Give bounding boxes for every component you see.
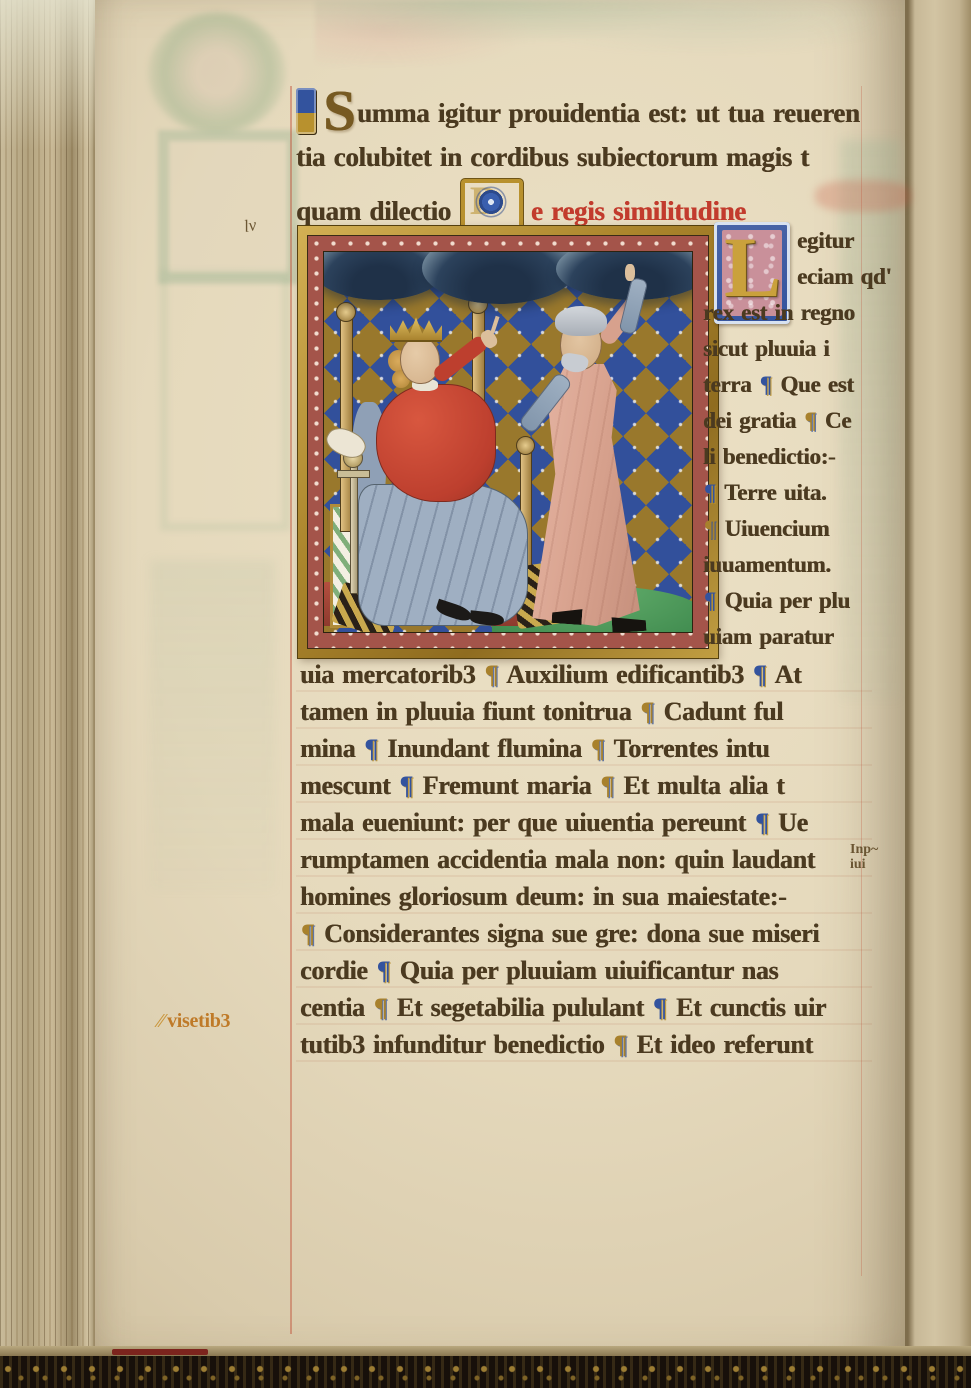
paraph-mark: ¶ — [376, 956, 392, 985]
paraph-mark: ¶ — [652, 993, 668, 1022]
margin-note-right: Inp~ iui — [850, 842, 896, 872]
column-line: sicut pluuia i — [703, 331, 899, 367]
paraph-mark: ¶ — [363, 734, 379, 763]
miniature-gold-frame — [298, 226, 718, 658]
margin-note-left: ⁄⁄visetib3 — [158, 1010, 230, 1033]
paraph-mark: ¶ — [640, 697, 656, 726]
page-edge-lines — [0, 0, 100, 1388]
rubric-red-text: e regis similitudine — [531, 196, 746, 226]
margin-note-left-text: visetib3 — [167, 1010, 230, 1032]
column-line: egitur — [703, 223, 899, 259]
heading-line-1-text: umma igitur prouidentia est: ut tua reue… — [357, 98, 860, 128]
column-line: uiam paratur — [703, 619, 899, 655]
counsellor-pointing-hand — [625, 264, 635, 281]
paraph-mark: ¶ — [803, 408, 817, 433]
rosette-ornament — [477, 188, 505, 216]
king-head — [400, 336, 440, 384]
body-line: tamen in pluuia fiunt tonitrua ¶ Cadunt … — [300, 693, 882, 730]
illuminated-initial-d-box: D — [461, 179, 523, 233]
initial-s: S — [323, 91, 355, 131]
cover-red-edge — [112, 1349, 208, 1355]
column-line: li benedictio:- — [703, 439, 899, 475]
body-line: homines gloriosum deum: in sua maiestate… — [300, 878, 882, 915]
sword-blade — [350, 464, 358, 594]
margin-note-right-line2: iui — [850, 857, 896, 872]
gilt-book-cover-band — [0, 1356, 971, 1388]
rubric-line-black-text: quam dilectio — [296, 196, 451, 226]
paraph-mark: ¶ — [300, 919, 316, 948]
column-line: rex est in regno — [703, 295, 899, 331]
facing-page-edge — [905, 0, 971, 1388]
paraph-mark: ¶ — [703, 588, 717, 613]
book-page-edges — [0, 0, 100, 1388]
paraph-mark: ¶ — [703, 516, 717, 541]
heading-line-1: Summa igitur prouidentia est: ut tua reu… — [296, 88, 886, 135]
text-block: uia mercatorib3 ¶ Auxilium edificantib3 … — [300, 656, 882, 1063]
king-crown — [390, 314, 442, 342]
paraph-box-ornament — [296, 88, 316, 134]
manuscript-photo: lv Summa igitur prouidentia est: ut tua … — [0, 0, 971, 1388]
king-red-tunic — [376, 384, 496, 502]
cloud — [422, 251, 577, 304]
paraph-mark: ¶ — [484, 660, 500, 689]
body-line: mescunt ¶ Fremunt maria ¶ Et multa alia … — [300, 767, 882, 804]
column-line: iuuamentum. — [703, 547, 899, 583]
body-line: cordie ¶ Quia per pluuiam uiuificantur n… — [300, 952, 882, 989]
paraph-mark: ¶ — [752, 660, 768, 689]
body-line: ¶ Considerantes signa sue gre: dona sue … — [300, 915, 882, 952]
paraph-mark: ¶ — [759, 372, 773, 397]
column-line: eciam qd' — [703, 259, 899, 295]
paraph-mark: ¶ — [703, 480, 717, 505]
body-line: rumptamen accidentia mala non: quin laud… — [300, 841, 882, 878]
insertion-marks: ⁄⁄ — [158, 1010, 164, 1032]
paraph-mark: ¶ — [399, 771, 415, 800]
body-line: uia mercatorib3 ¶ Auxilium edificantib3 … — [300, 656, 882, 693]
miniature-scene — [323, 251, 693, 633]
column-line: ¶ Uiuencium — [703, 511, 899, 547]
counsellor-grey-hair — [555, 306, 607, 336]
miniature-red-border — [307, 235, 709, 649]
margin-note-right-line1: Inp~ — [850, 842, 896, 857]
red-ruling-line-left — [290, 86, 292, 1334]
paraph-mark: ¶ — [590, 734, 606, 763]
body-line: mala eueniunt: per que uiuentia pereunt … — [300, 804, 882, 841]
paraph-mark: ¶ — [613, 1030, 629, 1059]
column-line: ¶ Quia per plu — [703, 583, 899, 619]
body-line: mina ¶ Inundant flumina ¶ Torrentes intu — [300, 730, 882, 767]
throne-finial — [516, 436, 535, 455]
throne-finial — [336, 302, 356, 322]
opening-lines: Summa igitur prouidentia est: ut tua reu… — [296, 88, 886, 233]
body-line: tutib3 infunditur benedictio ¶ Et ideo r… — [300, 1026, 882, 1063]
body-line: centia ¶ Et segetabilia pululant ¶ Et cu… — [300, 989, 882, 1026]
column-line: ¶ Terre uita. — [703, 475, 899, 511]
sword-crossguard — [337, 470, 370, 478]
paraph-mark: ¶ — [599, 771, 615, 800]
king-pointing-finger — [490, 316, 499, 333]
column-line: terra ¶ Que est — [703, 367, 899, 403]
paraph-mark: ¶ — [754, 808, 770, 837]
paraph-mark: ¶ — [373, 993, 389, 1022]
text-column: egitur eciam qd' rex est in regno sicut … — [703, 223, 899, 655]
column-line: dei gratia ¶ Ce — [703, 403, 899, 439]
heading-line-2: tia colubitet in cordibus subiectorum ma… — [296, 135, 886, 179]
